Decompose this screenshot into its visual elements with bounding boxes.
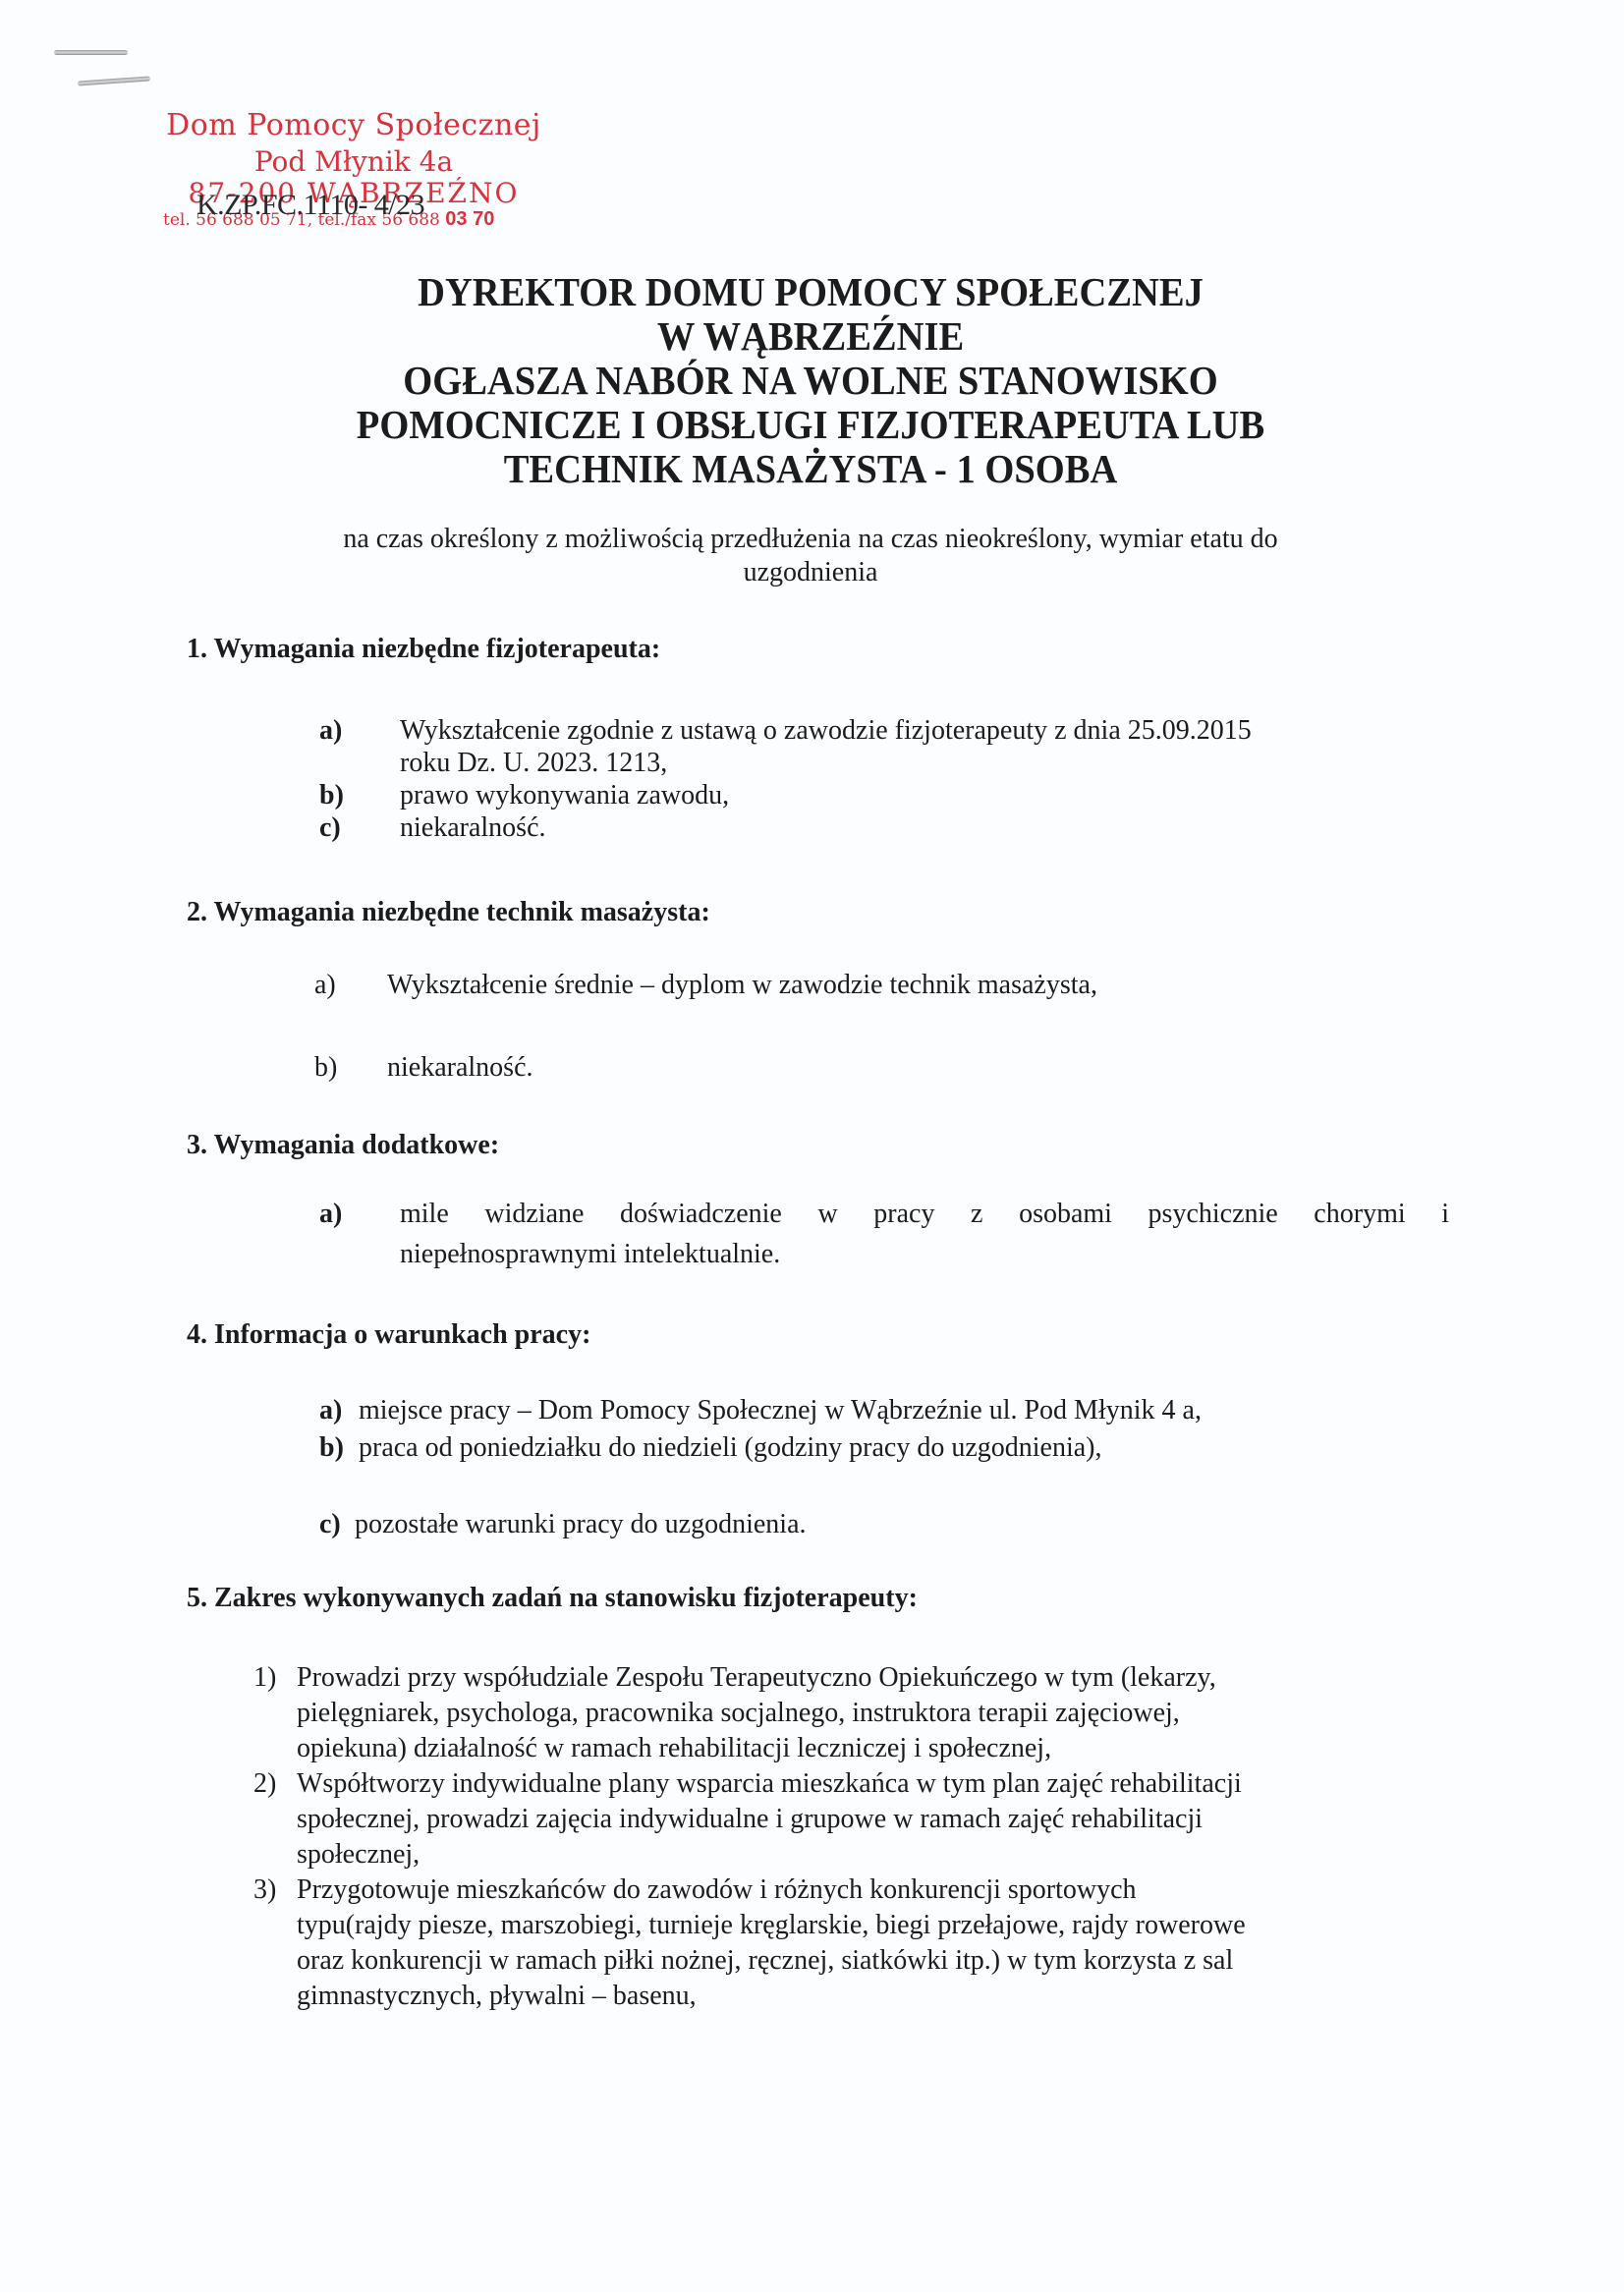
title-line: W WĄBRZEŹNIE [234,314,1388,359]
list-item: 1) Prowadzi przy współudziale Zespołu Te… [253,1660,1501,1766]
list-item: 2) Współtworzy indywidualne plany wsparc… [253,1766,1501,1873]
title-line: TECHNIK MASAŻYSTA - 1 OSOBA [234,447,1388,491]
list-item: c) pozostałe warunki pracy do uzgodnieni… [319,1508,1498,1540]
section-heading-4: 4. Informacja o warunkach pracy: [187,1319,590,1351]
list-item: b) prawo wykonywania zawodu, [319,779,1498,811]
title-line: DYREKTOR DOMU POMOCY SPOŁECZNEJ [234,270,1388,314]
list-item: a) miejsce pracy – Dom Pomocy Społecznej… [319,1394,1498,1426]
section-heading-2: 2. Wymagania niezbędne technik masażysta… [187,897,710,928]
list-item: 3) Przygotowuje mieszkańców do zawodów i… [253,1873,1501,2014]
document-title: DYREKTOR DOMU POMOCY SPOŁECZNEJ W WĄBRZE… [234,270,1388,491]
list-item: c) niekaralność. [319,811,1498,844]
section-heading-1: 1. Wymagania niezbędne fizjoterapeuta: [187,634,660,665]
staple-mark [54,50,128,55]
reference-number: K.ZP.FC.1110- 4/23 [196,189,424,222]
list-item: b) niekaralność. [314,1051,1493,1084]
title-line: OGŁASZA NABÓR NA WOLNE STANOWISKO [234,359,1388,403]
section-heading-3: 3. Wymagania dodatkowe: [187,1130,499,1161]
section-heading-5: 5. Zakres wykonywanych zadań na stanowis… [187,1583,918,1614]
stamp-street: Pod Młynik 4a [157,145,550,179]
title-line: POMOCNICZE I OBSŁUGI FIZJOTERAPEUTA LUB [234,403,1388,447]
list-item: b) praca od poniedziałku do niedzieli (g… [319,1431,1498,1464]
list-item: a) mile widziane doświadczenie w pracy z… [319,1198,1449,1270]
staple-mark [78,76,150,85]
list-item: a) Wykształcenie zgodnie z ustawą o zawo… [319,714,1498,779]
document-subtitle: na czas określony z możliwością przedłuż… [226,523,1395,589]
stamp-name: Dom Pomocy Społecznej [157,106,550,145]
list-item: a) Wykształcenie średnie – dyplom w zawo… [314,969,1493,1001]
